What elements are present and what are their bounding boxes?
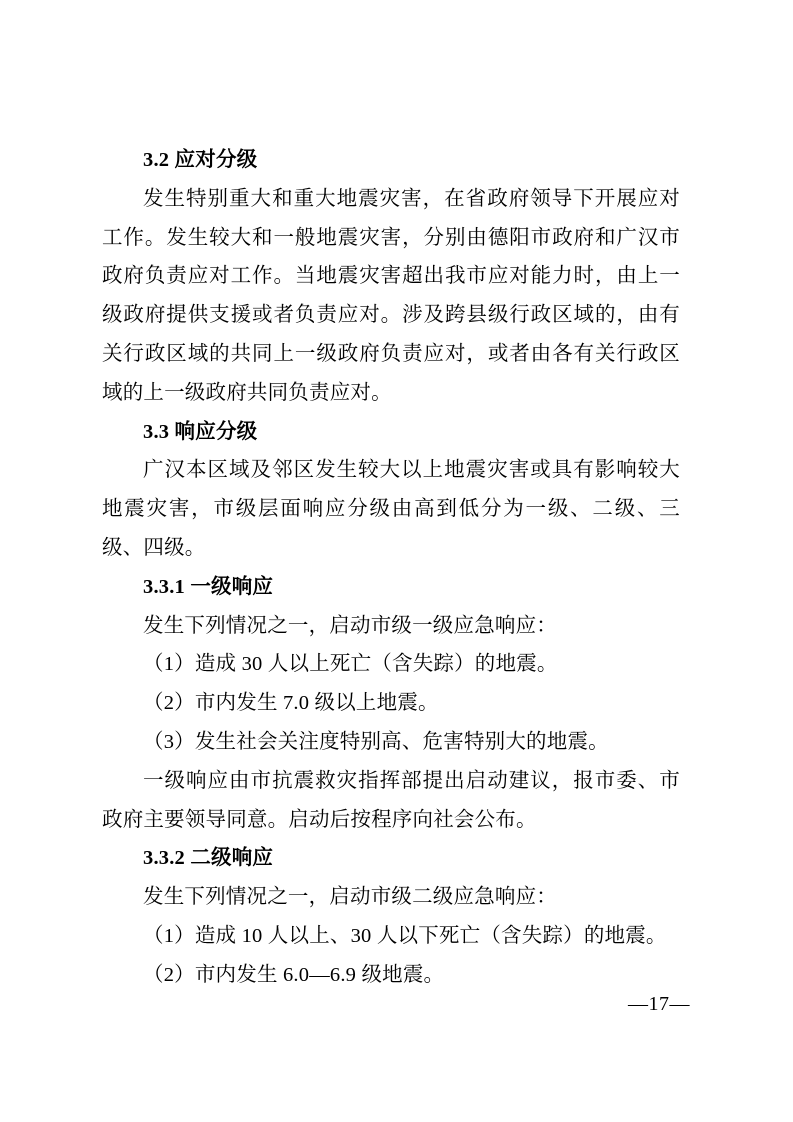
paragraph: 发生特别重大和重大地震灾害，在省政府领导下开展应对工作。发生较大和一般地震灾害，… xyxy=(102,180,680,413)
section-heading: 3.2 应对分级 xyxy=(102,141,680,180)
paragraph: 发生下列情况之一，启动市级一级应急响应： xyxy=(102,607,680,646)
paragraph: 发生下列情况之一，启动市级二级应急响应： xyxy=(102,878,680,917)
document-page: 3.2 应对分级发生特别重大和重大地震灾害，在省政府领导下开展应对工作。发生较大… xyxy=(0,0,793,1122)
section-heading: 3.3 响应分级 xyxy=(102,413,680,452)
paragraph: （1）造成 10 人以上、30 人以下死亡（含失踪）的地震。 xyxy=(102,917,680,956)
document-body: 3.2 应对分级发生特别重大和重大地震灾害，在省政府领导下开展应对工作。发生较大… xyxy=(102,141,680,995)
page-number: —17— xyxy=(628,992,690,1016)
paragraph: （1）造成 30 人以上死亡（含失踪）的地震。 xyxy=(102,645,680,684)
paragraph: （3）发生社会关注度特别高、危害特别大的地震。 xyxy=(102,723,680,762)
paragraph: （2）市内发生 6.0—6.9 级地震。 xyxy=(102,956,680,995)
paragraph: 一级响应由市抗震救灾指挥部提出启动建议，报市委、市政府主要领导同意。启动后按程序… xyxy=(102,762,680,840)
section-heading: 3.3.1 一级响应 xyxy=(102,568,680,607)
paragraph: 广汉本区域及邻区发生较大以上地震灾害或具有影响较大地震灾害，市级层面响应分级由高… xyxy=(102,451,680,567)
paragraph: （2）市内发生 7.0 级以上地震。 xyxy=(102,684,680,723)
section-heading: 3.3.2 二级响应 xyxy=(102,839,680,878)
